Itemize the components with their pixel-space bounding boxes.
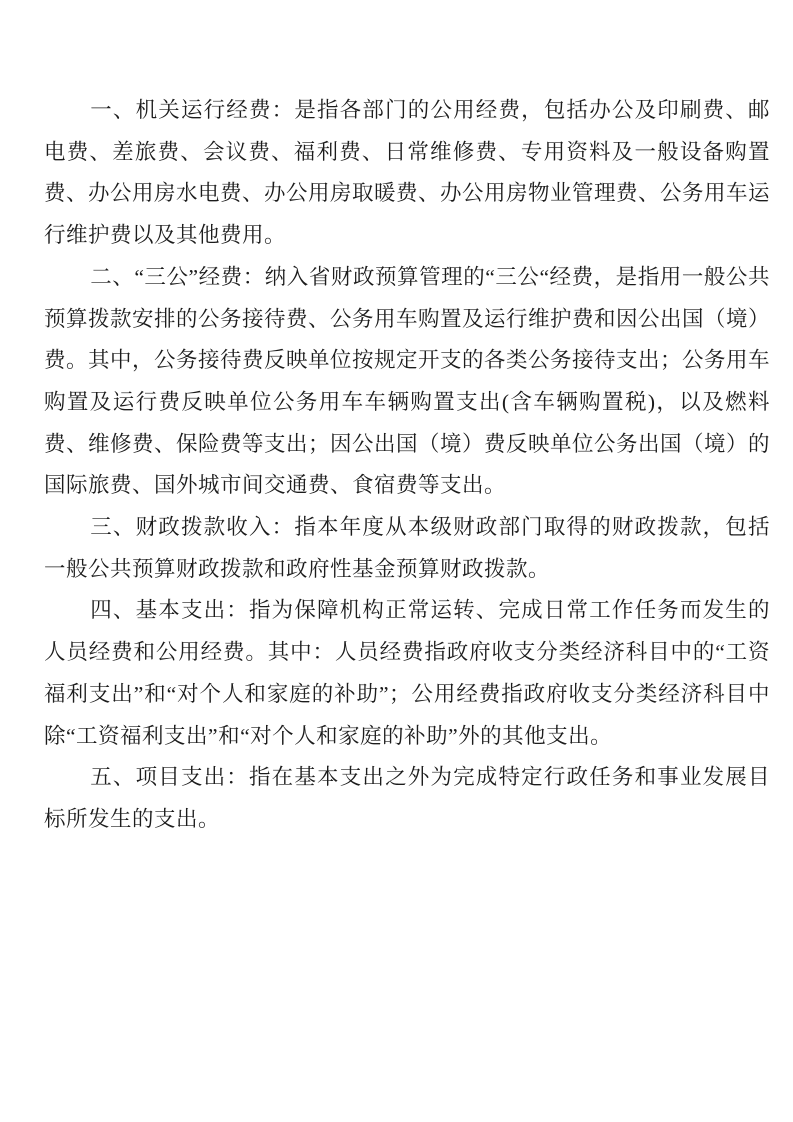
paragraph-project-expenditure: 五、项目支出：指在基本支出之外为完成特定行政任务和事业发展目标所发生的支出。 (44, 757, 770, 840)
paragraph-basic-expenditure: 四、基本支出：指为保障机构正常运转、完成日常工作任务而发生的人员经费和公用经费。… (44, 590, 770, 757)
paragraph-fiscal-appropriation-income: 三、财政拨款收入：指本年度从本级财政部门取得的财政拨款，包括一般公共预算财政拨款… (44, 507, 770, 590)
paragraph-three-public-funds: 二、“三公”经费：纳入省财政预算管理的“三公“经费，是指用一般公共预算拨款安排的… (44, 257, 770, 507)
document-page: 一、机关运行经费：是指各部门的公用经费，包括办公及印刷费、邮电费、差旅费、会议费… (0, 0, 793, 1122)
paragraph-agency-operating-expenses: 一、机关运行经费：是指各部门的公用经费，包括办公及印刷费、邮电费、差旅费、会议费… (44, 90, 770, 257)
